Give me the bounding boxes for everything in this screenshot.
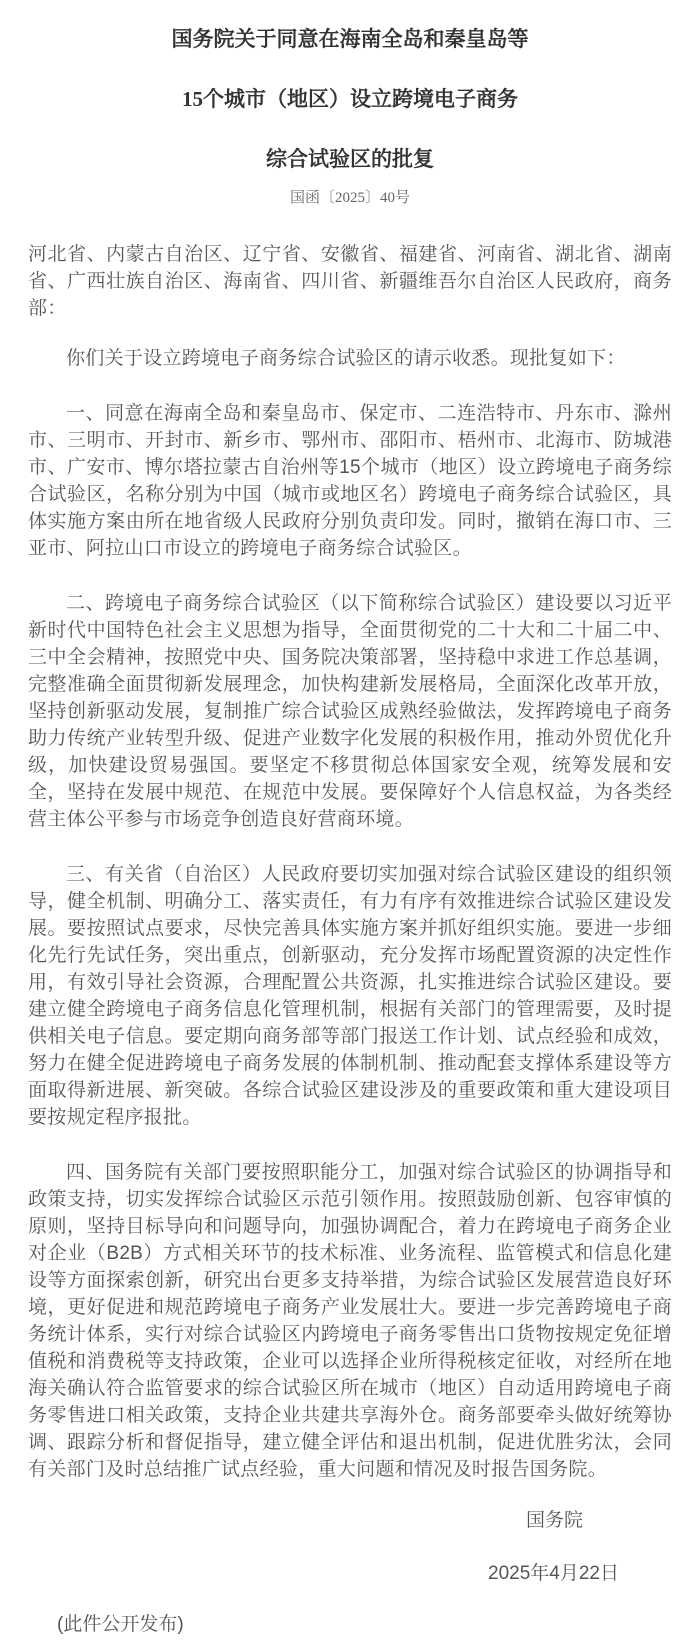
document-title-line-1: 国务院关于同意在海南全岛和秦皇岛等 <box>0 26 700 52</box>
document-title-line-3: 综合试验区的批复 <box>0 146 700 172</box>
document-body: 河北省、内蒙古自治区、辽宁省、安徽省、福建省、河南省、湖北省、湖南省、广西壮族自… <box>28 241 672 1483</box>
signature-issuer: 国务院 <box>0 1507 700 1534</box>
paragraph-1: 一、同意在海南全岛和秦皇岛市、保定市、二连浩特市、丹东市、滁州市、三明市、开封市… <box>28 400 672 562</box>
recipients-line: 河北省、内蒙古自治区、辽宁省、安徽省、福建省、河南省、湖北省、湖南省、广西壮族自… <box>28 241 672 322</box>
document-title-line-2: 15个城市（地区）设立跨境电子商务 <box>0 86 700 112</box>
signature-date: 2025年4月22日 <box>0 1560 700 1587</box>
paragraph-3: 三、有关省（自治区）人民政府要切实加强对综合试验区建设的组织领导，健全机制、明确… <box>28 861 672 1131</box>
paragraph-4: 四、国务院有关部门要按照职能分工，加强对综合试验区的协调指导和政策支持，切实发挥… <box>28 1159 672 1483</box>
paragraph-2: 二、跨境电子商务综合试验区（以下简称综合试验区）建设要以习近平新时代中国特色社会… <box>28 590 672 833</box>
intro-line: 你们关于设立跨境电子商务综合试验区的请示收悉。现批复如下： <box>28 345 672 372</box>
public-release-note: (此件公开发布) <box>57 1611 700 1638</box>
document-number: 国函〔2025〕40号 <box>0 188 700 208</box>
document-page: 国务院关于同意在海南全岛和秦皇岛等 15个城市（地区）设立跨境电子商务 综合试验… <box>0 0 700 1648</box>
